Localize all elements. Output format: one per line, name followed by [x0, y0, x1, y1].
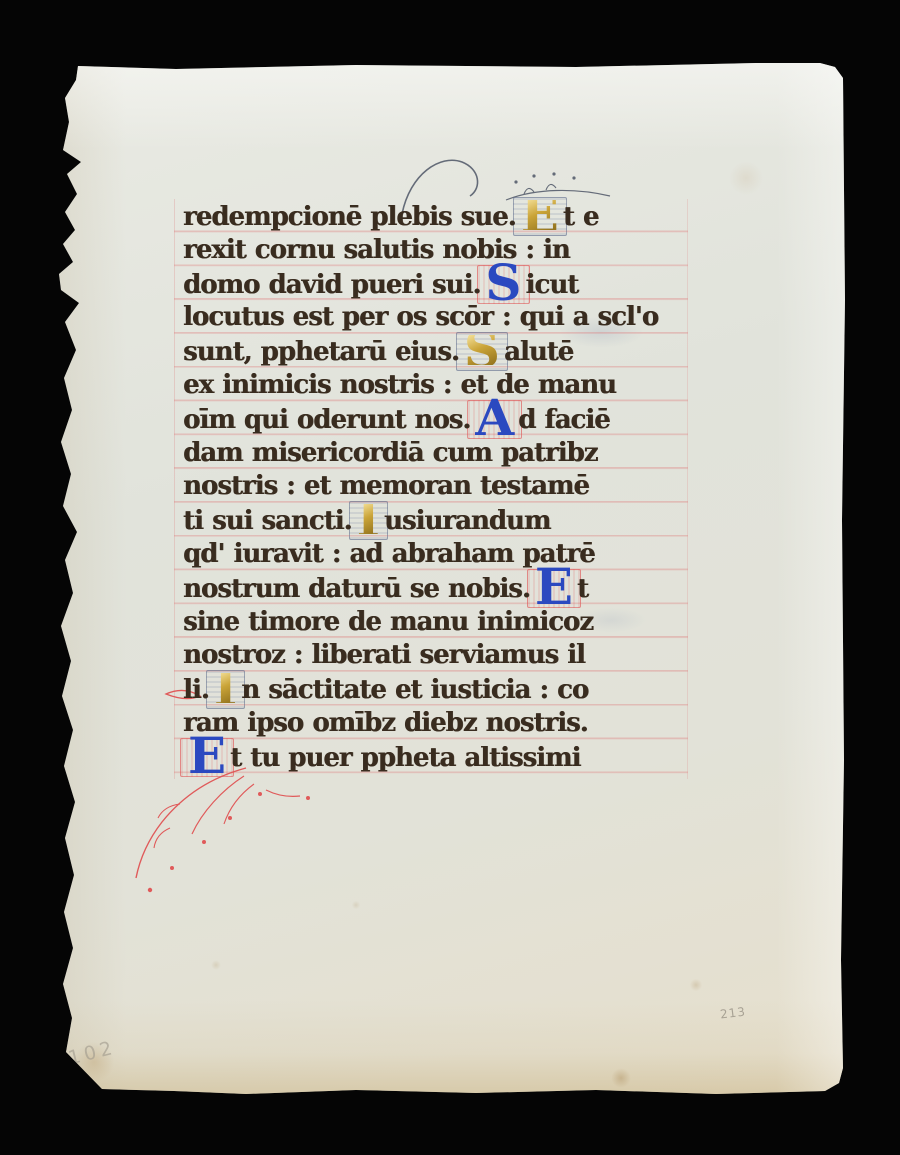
text-line: nostrum daturū se nobis.Et: [183, 572, 698, 606]
text-line: ex inimicis nostris : et de manu: [183, 369, 698, 403]
text-run: dam misericordiā cum patribz: [183, 438, 597, 468]
text-line: li.In sāctitate et iusticia : co: [183, 673, 698, 707]
text-line: sine timore de manu inimicoz: [183, 606, 698, 640]
text-line: locutus est per os scōr : qui a scl'o: [183, 301, 698, 335]
illuminated-initial: E: [535, 572, 573, 602]
text-run: t e: [563, 202, 599, 232]
text-line: qd' iuravit : ad abraham patrē: [183, 538, 698, 572]
manuscript-leaf: redempcionē plebis sue.Et erexit cornu s…: [56, 60, 846, 1095]
text-run: redempcionē plebis sue.: [183, 202, 516, 232]
text-line: redempcionē plebis sue.Et e: [183, 200, 698, 234]
photo-background: redempcionē plebis sue.Et erexit cornu s…: [0, 0, 900, 1155]
illuminated-initial: A: [475, 403, 514, 433]
text-run: sunt, pphetarū eius.: [183, 337, 459, 367]
text-run: ti sui sancti.: [183, 506, 352, 536]
text-line: sunt, pphetarū eius.Salutē: [183, 335, 698, 369]
text-run: nostris : et memoran testamē: [183, 471, 589, 501]
text-run: t: [577, 574, 588, 604]
text-line: domo david pueri sui.Sicut: [183, 268, 698, 302]
text-run: sine timore de manu inimicoz: [183, 607, 593, 637]
pencil-folio-number-right: 213: [719, 1004, 746, 1021]
text-run: usiurandum: [384, 506, 550, 536]
text-run: nostroz : liberati serviamus il: [183, 640, 585, 670]
illuminated-initial: S: [485, 268, 521, 298]
text-run: domo david pueri sui.: [183, 270, 480, 300]
illuminated-initial: I: [357, 504, 380, 534]
text-run: li.: [183, 675, 209, 705]
illuminated-initial: E: [188, 741, 226, 771]
text-run: qd' iuravit : ad abraham patrē: [183, 539, 595, 569]
illuminated-initial: E: [521, 200, 559, 230]
illuminated-initial: S: [464, 335, 500, 365]
text-line: nostris : et memoran testamē: [183, 470, 698, 504]
text-line: ti sui sancti.Iusiurandum: [183, 504, 698, 538]
text-run: oīm qui oderunt nos.: [183, 405, 470, 435]
text-line: ram ipso omībz diebz nostris.: [183, 707, 698, 741]
pencil-folio-number-left: 102: [66, 1036, 118, 1069]
text-line: rexit cornu salutis nobis : in: [183, 234, 698, 268]
text-run: nostrum daturū se nobis.: [183, 574, 530, 604]
text-line: oīm qui oderunt nos.Ad faciē: [183, 403, 698, 437]
illuminated-initial: I: [214, 673, 237, 703]
text-run: d faciē: [518, 405, 610, 435]
text-line: Et tu puer ppheta altissimi: [183, 741, 698, 775]
text-run: alutē: [504, 337, 573, 367]
text-line: dam misericordiā cum patribz: [183, 437, 698, 471]
text-run: icut: [526, 270, 579, 300]
text-run: ram ipso omībz diebz nostris.: [183, 708, 588, 738]
manuscript-lines: redempcionē plebis sue.Et erexit cornu s…: [183, 200, 698, 775]
text-run: n sāctitate et iusticia : co: [241, 675, 588, 705]
text-run: t tu puer ppheta altissimi: [230, 743, 580, 773]
text-line: nostroz : liberati serviamus il: [183, 639, 698, 673]
text-run: locutus est per os scōr : qui a scl'o: [183, 302, 658, 332]
text-run: ex inimicis nostris : et de manu: [183, 370, 616, 400]
